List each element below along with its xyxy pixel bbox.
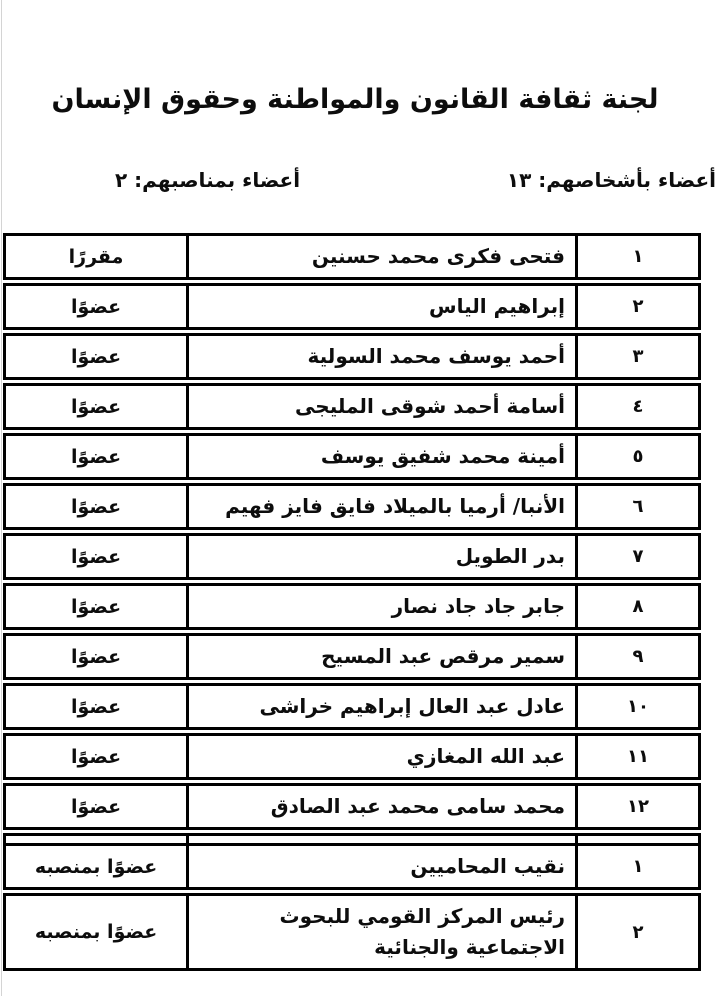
member-role: عضوًا <box>6 586 186 627</box>
member-role: عضوًا <box>6 536 186 577</box>
table-row: عضوًاعبد الله المغازي١١ <box>3 733 701 780</box>
member-role: عضوًا <box>6 686 186 727</box>
member-number: ١٢ <box>578 786 698 827</box>
member-number: ٤ <box>578 386 698 427</box>
member-number: ٢ <box>578 896 698 968</box>
member-name: عادل عبد العال إبراهيم خراشى <box>186 686 578 727</box>
table-row: عضوًا بمنصبهنقيب المحاميين١ <box>3 843 701 890</box>
scan-edge-line <box>1 0 2 996</box>
table-row: عضوًامحمد سامى محمد عبد الصادق١٢ <box>3 783 701 830</box>
member-name: أسامة أحمد شوقى المليجى <box>186 386 578 427</box>
member-number: ١١ <box>578 736 698 777</box>
table-row: عضوًاالأنبا/ أرميا بالميلاد فايق فايز فه… <box>3 483 701 530</box>
table-row: عضوًاعادل عبد العال إبراهيم خراشى١٠ <box>3 683 701 730</box>
member-role: عضوًا <box>6 636 186 677</box>
table-row: عضوًابدر الطويل٧ <box>3 533 701 580</box>
member-name: نقيب المحاميين <box>186 846 578 887</box>
table-row: عضوًاأمينة محمد شفيق يوسف٥ <box>3 433 701 480</box>
member-role: عضوًا <box>6 786 186 827</box>
member-name: إبراهيم الياس <box>186 286 578 327</box>
member-number: ٧ <box>578 536 698 577</box>
member-role: عضوًا <box>6 386 186 427</box>
member-number: ٨ <box>578 586 698 627</box>
page-title: لجنة ثقافة القانون والمواطنة وحقوق الإنس… <box>0 84 710 115</box>
member-role: عضوًا <box>6 286 186 327</box>
member-role: عضوًا <box>6 736 186 777</box>
member-role: عضوًا <box>6 336 186 377</box>
member-role: مقررًا <box>6 236 186 277</box>
member-name: أمينة محمد شفيق يوسف <box>186 436 578 477</box>
members-table: مقررًافتحى فكرى محمد حسنين١عضوًاإبراهيم … <box>3 233 701 883</box>
table-row: عضوًاأحمد يوسف محمد السولية٣ <box>3 333 701 380</box>
member-role: عضوًا بمنصبه <box>6 846 186 887</box>
member-number: ١٠ <box>578 686 698 727</box>
member-number: ١ <box>578 846 698 887</box>
positions-table: عضوًا بمنصبهنقيب المحاميين١عضوًا بمنصبهر… <box>3 843 701 974</box>
member-number: ١ <box>578 236 698 277</box>
member-name: بدر الطويل <box>186 536 578 577</box>
table-row: عضوًا بمنصبهرئيس المركز القومي للبحوث ال… <box>3 893 701 971</box>
member-name: جابر جاد جاد نصار <box>186 586 578 627</box>
member-name: أحمد يوسف محمد السولية <box>186 336 578 377</box>
table-row: عضوًاأسامة أحمد شوقى المليجى٤ <box>3 383 701 430</box>
table-row: مقررًافتحى فكرى محمد حسنين١ <box>3 233 701 280</box>
member-name: سمير مرقص عبد المسيح <box>186 636 578 677</box>
document-page: { "page": { "title": "لجنة ثقافة القانون… <box>0 0 720 996</box>
member-name: فتحى فكرى محمد حسنين <box>186 236 578 277</box>
member-number: ٦ <box>578 486 698 527</box>
member-number: ٩ <box>578 636 698 677</box>
member-role: عضوًا بمنصبه <box>6 896 186 968</box>
member-role: عضوًا <box>6 486 186 527</box>
member-name: محمد سامى محمد عبد الصادق <box>186 786 578 827</box>
table-row: عضوًاسمير مرقص عبد المسيح٩ <box>3 633 701 680</box>
table-row: عضوًاجابر جاد جاد نصار٨ <box>3 583 701 630</box>
member-name: رئيس المركز القومي للبحوث الاجتماعية وال… <box>186 896 578 968</box>
members-by-position-count-header: أعضاء بمناصبهم: ٢ <box>115 168 300 192</box>
member-role: عضوًا <box>6 436 186 477</box>
member-number: ٥ <box>578 436 698 477</box>
member-name: عبد الله المغازي <box>186 736 578 777</box>
member-number: ٢ <box>578 286 698 327</box>
table-row: عضوًاإبراهيم الياس٢ <box>3 283 701 330</box>
members-in-person-count-header: أعضاء بأشخاصهم: ١٣ <box>507 168 716 192</box>
member-name: الأنبا/ أرميا بالميلاد فايق فايز فهيم <box>186 486 578 527</box>
member-number: ٣ <box>578 336 698 377</box>
